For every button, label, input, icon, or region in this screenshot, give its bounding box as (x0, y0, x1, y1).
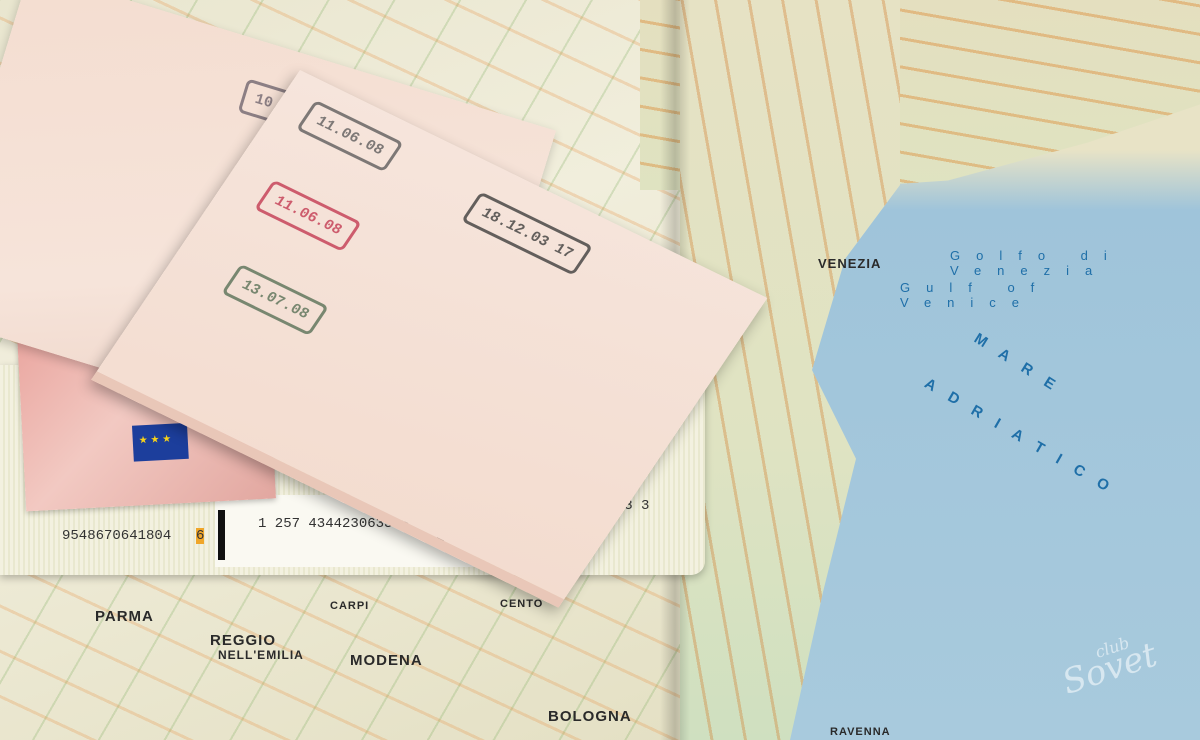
map-label-venezia: VENEZIA (818, 256, 881, 271)
visa-stamp: 18.12.03 17 (461, 192, 593, 276)
map-label-emilia: NELL'EMILIA (218, 648, 304, 662)
sea-label-gulf: Gulf of Venice (900, 280, 1200, 310)
eu-flag-icon (132, 423, 189, 462)
map-label-modena: MODENA (350, 652, 423, 669)
map-label-reggio: REGGIO (210, 632, 276, 649)
map-label-parma: PARMA (95, 608, 154, 625)
map-label-cento: CENTO (500, 598, 543, 610)
map-label-bologna: BOLOGNA (548, 708, 632, 725)
ticket-bar-left (218, 510, 225, 560)
visa-stamp: 13.07.08 (221, 264, 329, 336)
sea-label-golfo: Golfo di Venezia (950, 248, 1200, 278)
photo-scene: PARMA REGGIO NELL'EMILIA MODENA CARPI CE… (0, 0, 1200, 740)
map-label-carpi: CARPI (330, 600, 369, 612)
ticket-left-number: 9548670641804 (62, 528, 171, 544)
visa-stamp: 11.06.08 (254, 180, 362, 252)
map-label-ravenna: RAVENNA (830, 726, 891, 738)
ticket-check-digit: 6 (196, 528, 204, 544)
